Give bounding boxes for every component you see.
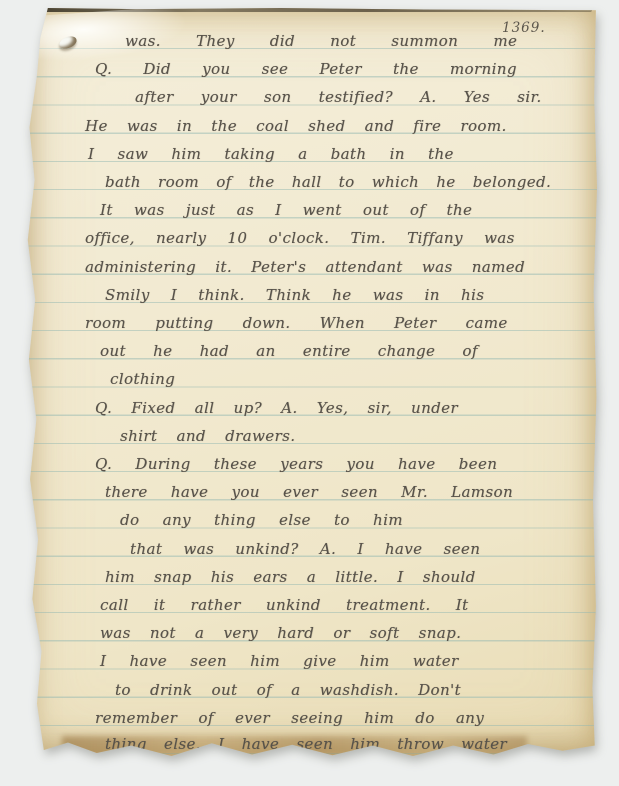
page-top-edge-shadow	[30, 8, 592, 12]
handwritten-line: clothing	[110, 368, 175, 390]
handwritten-line: there have you ever seen Mr. Lamson	[105, 481, 513, 503]
handwritten-line: to drink out of a washdish. Don't	[115, 679, 461, 701]
handwritten-line: I have seen him give him water	[100, 650, 459, 672]
handwritten-line: bath room of the hall to which he belong…	[105, 171, 551, 193]
manuscript-page: 1369. was. They did not summon me Q. Did…	[22, 8, 597, 756]
handwritten-line: administering it. Peter's attendant was …	[85, 256, 525, 278]
handwritten-line: Q. During these years you have been	[95, 453, 497, 475]
handwritten-line: It was just as I went out of the	[100, 199, 472, 221]
handwritten-line: was. They did not summon me	[125, 30, 517, 52]
handwritten-line: was not a very hard or soft snap.	[100, 622, 461, 644]
handwritten-line: Q. Fixed all up? A. Yes, sir, under	[95, 397, 458, 419]
handwritten-line: shirt and drawers.	[120, 425, 295, 447]
handwritten-line: Smily I think. Think he was in his	[105, 284, 484, 306]
scanned-document: { "manuscript": { "page_number": "1369."…	[0, 0, 619, 786]
scan-background: 1369. was. They did not summon me Q. Did…	[0, 0, 619, 786]
handwritten-line: He was in the coal shed and fire room.	[85, 115, 507, 137]
handwritten-line: room putting down. When Peter came	[85, 312, 508, 334]
handwritten-line: out he had an entire change of	[100, 340, 478, 362]
handwritten-line: that was unkind? A. I have seen	[130, 538, 480, 560]
handwritten-line: him snap his ears a little. I should	[105, 566, 476, 588]
handwritten-line: after your son testified? A. Yes sir.	[135, 86, 542, 108]
handwritten-line: do any thing else to him	[120, 509, 403, 531]
manuscript-page-wrap: 1369. was. They did not summon me Q. Did…	[22, 8, 597, 756]
handwritten-line: I saw him taking a bath in the	[88, 143, 454, 165]
handwritten-line: call it rather unkind treatment. It	[100, 594, 468, 616]
handwritten-line: remember of ever seeing him do any	[95, 707, 484, 729]
handwritten-line: Q. Did you see Peter the morning	[95, 58, 517, 80]
handwritten-line: thing else. I have seen him throw water	[105, 733, 507, 755]
paper-hole	[58, 34, 79, 51]
handwritten-line: office, nearly 10 o'clock. Tim. Tiffany …	[85, 227, 515, 249]
